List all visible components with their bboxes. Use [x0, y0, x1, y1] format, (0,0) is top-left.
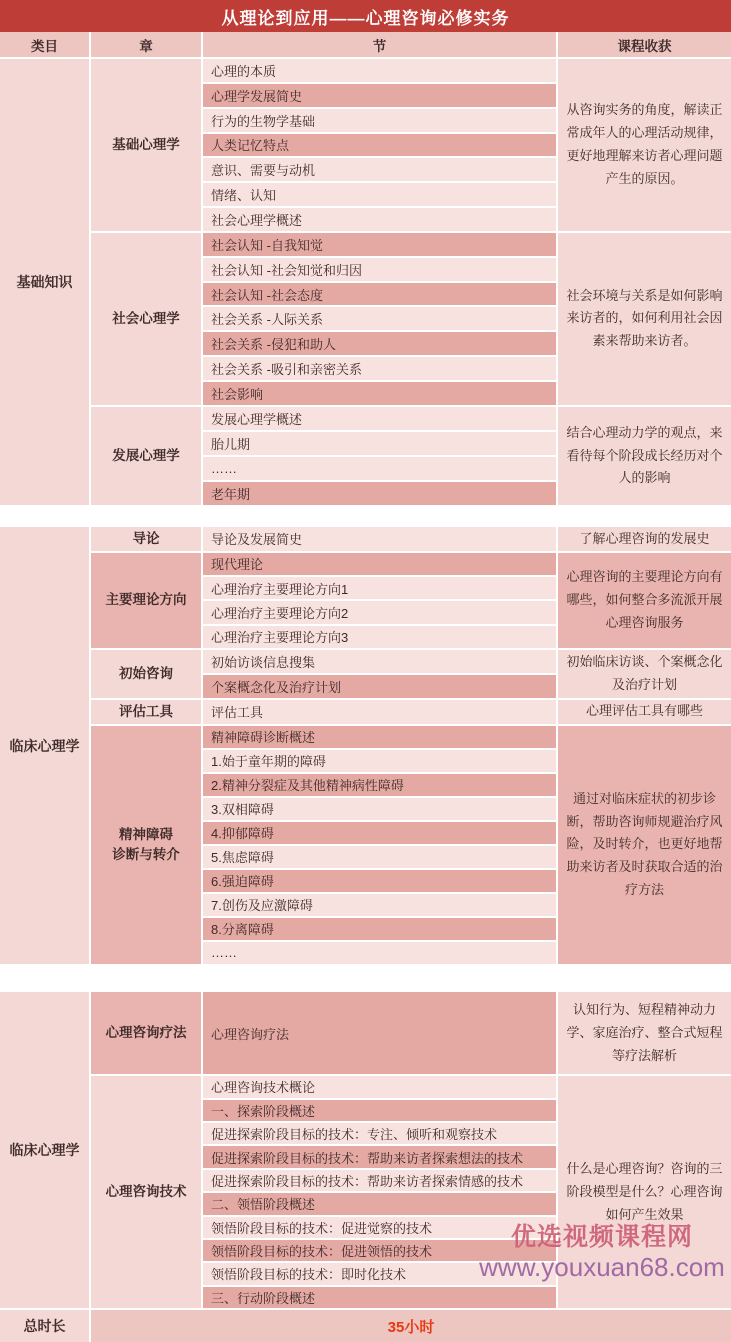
column-header-category: 类目 — [0, 32, 89, 57]
section-row: 社会认知 -自我知觉 — [203, 233, 556, 256]
chapter-cell: 主要理论方向 — [91, 553, 201, 648]
block-gap — [0, 505, 731, 527]
section-list: 精神障碍诊断概述1.始于童年期的障碍2.精神分裂症及其他精神病性障碍3.双相障碍… — [203, 726, 556, 964]
total-duration-row: 总时长 35小时 — [0, 1310, 731, 1342]
section-row: 7.创伤及应激障碍 — [203, 894, 556, 916]
section-list: 心理咨询疗法 — [203, 992, 556, 1074]
section-row: 5.焦虑障碍 — [203, 846, 556, 868]
gain-cell: 初始临床访谈、个案概念化及治疗计划 — [558, 650, 731, 698]
total-duration-label: 总时长 — [0, 1310, 89, 1342]
chapter-cell: 精神障碍 诊断与转介 — [91, 726, 201, 964]
table-header-row: 类目 章 节 课程收获 — [0, 32, 731, 57]
section-row: 导论及发展简史 — [203, 527, 556, 551]
category-cell: 基础知识 — [0, 59, 89, 505]
section-row: 4.抑郁障碍 — [203, 822, 556, 844]
gain-cell: 了解心理咨询的发展史 — [558, 527, 731, 551]
chapter-cell: 心理咨询技术 — [91, 1076, 201, 1308]
page-title: 从理论到应用——心理咨询必修实务 — [0, 0, 731, 32]
curriculum-block: 临床心理学心理咨询疗法心理咨询疗法认知行为、短程精神动力学、家庭治疗、整合式短程… — [0, 992, 731, 1308]
column-header-section: 节 — [203, 32, 556, 57]
section-list: 导论及发展简史 — [203, 527, 556, 551]
section-row: 行为的生物学基础 — [203, 109, 556, 132]
section-list: 评估工具 — [203, 700, 556, 724]
chapter-row: 心理咨询技术心理咨询技术概论一、探索阶段概述促进探索阶段目标的技术：专注、倾听和… — [91, 1076, 731, 1308]
section-list: 心理的本质心理学发展简史行为的生物学基础人类记忆特点意识、需要与动机情绪、认知社… — [203, 59, 556, 231]
chapter-list: 导论导论及发展简史了解心理咨询的发展史主要理论方向现代理论心理治疗主要理论方向1… — [91, 527, 731, 964]
curriculum-block: 临床心理学导论导论及发展简史了解心理咨询的发展史主要理论方向现代理论心理治疗主要… — [0, 527, 731, 964]
section-list: 心理咨询技术概论一、探索阶段概述促进探索阶段目标的技术：专注、倾听和观察技术促进… — [203, 1076, 556, 1308]
chapter-cell: 社会心理学 — [91, 233, 201, 405]
chapter-row: 导论导论及发展简史了解心理咨询的发展史 — [91, 527, 731, 551]
section-row: 社会认知 -社会知觉和归因 — [203, 258, 556, 281]
section-row: 社会关系 -人际关系 — [203, 307, 556, 330]
section-row: 3.双相障碍 — [203, 798, 556, 820]
section-row: 社会关系 -侵犯和助人 — [203, 332, 556, 355]
section-row: 社会关系 -吸引和亲密关系 — [203, 357, 556, 380]
chapter-row: 主要理论方向现代理论心理治疗主要理论方向1心理治疗主要理论方向2心理治疗主要理论… — [91, 553, 731, 648]
section-row: 社会心理学概述 — [203, 208, 556, 231]
chapter-list: 心理咨询疗法心理咨询疗法认知行为、短程精神动力学、家庭治疗、整合式短程等疗法解析… — [91, 992, 731, 1308]
section-row: 心理治疗主要理论方向3 — [203, 626, 556, 648]
section-row: 心理咨询疗法 — [203, 992, 556, 1074]
chapter-row: 精神障碍 诊断与转介精神障碍诊断概述1.始于童年期的障碍2.精神分裂症及其他精神… — [91, 726, 731, 964]
section-row: 心理治疗主要理论方向1 — [203, 577, 556, 599]
chapter-row: 初始咨询初始访谈信息搜集个案概念化及治疗计划初始临床访谈、个案概念化及治疗计划 — [91, 650, 731, 698]
chapter-row: 心理咨询疗法心理咨询疗法认知行为、短程精神动力学、家庭治疗、整合式短程等疗法解析 — [91, 992, 731, 1074]
section-row: …… — [203, 457, 556, 480]
section-row: 心理咨询技术概论 — [203, 1076, 556, 1097]
column-header-chapter: 章 — [91, 32, 201, 57]
section-row: 评估工具 — [203, 700, 556, 724]
gain-cell: 心理评估工具有哪些 — [558, 700, 731, 724]
gain-cell: 从咨询实务的角度，解读正常成年人的心理活动规律，更好地理解来访者心理问题产生的原… — [558, 59, 731, 231]
section-list: 初始访谈信息搜集个案概念化及治疗计划 — [203, 650, 556, 698]
chapter-cell: 发展心理学 — [91, 407, 201, 505]
section-row: 社会认知 -社会态度 — [203, 283, 556, 306]
total-duration-value: 35小时 — [91, 1310, 731, 1342]
section-row: 心理的本质 — [203, 59, 556, 82]
chapter-cell: 评估工具 — [91, 700, 201, 724]
section-row: 胎儿期 — [203, 432, 556, 455]
gain-cell: 心理咨询的主要理论方向有哪些，如何整合多流派开展心理咨询服务 — [558, 553, 731, 648]
curriculum-block: 基础知识基础心理学心理的本质心理学发展简史行为的生物学基础人类记忆特点意识、需要… — [0, 59, 731, 505]
gain-cell: 通过对临床症状的初步诊断，帮助咨询师规避治疗风险，及时转介，也更好地帮助来访者及… — [558, 726, 731, 964]
section-row: 促进探索阶段目标的技术：帮助来访者探索想法的技术 — [203, 1146, 556, 1167]
section-row: 三、行动阶段概述 — [203, 1287, 556, 1308]
section-row: 8.分离障碍 — [203, 918, 556, 940]
column-header-gains: 课程收获 — [558, 32, 731, 57]
section-row: 促进探索阶段目标的技术：帮助来访者探索情感的技术 — [203, 1170, 556, 1191]
table-blocks: 基础知识基础心理学心理的本质心理学发展简史行为的生物学基础人类记忆特点意识、需要… — [0, 59, 731, 1308]
section-row: 领悟阶段目标的技术：促进觉察的技术 — [203, 1217, 556, 1238]
section-row: 发展心理学概述 — [203, 407, 556, 430]
section-list: 社会认知 -自我知觉社会认知 -社会知觉和归因社会认知 -社会态度社会关系 -人… — [203, 233, 556, 405]
section-row: 一、探索阶段概述 — [203, 1100, 556, 1121]
chapter-row: 发展心理学发展心理学概述胎儿期……老年期结合心理动力学的观点，来看待每个阶段成长… — [91, 407, 731, 505]
chapter-cell: 心理咨询疗法 — [91, 992, 201, 1074]
section-row: 领悟阶段目标的技术：即时化技术 — [203, 1263, 556, 1284]
gain-cell: 结合心理动力学的观点，来看待每个阶段成长经历对个人的影响 — [558, 407, 731, 505]
section-row: 现代理论 — [203, 553, 556, 575]
section-row: 促进探索阶段目标的技术：专注、倾听和观察技术 — [203, 1123, 556, 1144]
section-row: 精神障碍诊断概述 — [203, 726, 556, 748]
section-row: 1.始于童年期的障碍 — [203, 750, 556, 772]
chapter-cell: 导论 — [91, 527, 201, 551]
section-row: 二、领悟阶段概述 — [203, 1193, 556, 1214]
section-list: 现代理论心理治疗主要理论方向1心理治疗主要理论方向2心理治疗主要理论方向3 — [203, 553, 556, 648]
chapter-row: 基础心理学心理的本质心理学发展简史行为的生物学基础人类记忆特点意识、需要与动机情… — [91, 59, 731, 231]
chapter-row: 评估工具评估工具心理评估工具有哪些 — [91, 700, 731, 724]
section-row: 心理治疗主要理论方向2 — [203, 601, 556, 623]
section-row: 老年期 — [203, 482, 556, 505]
curriculum-table-page: 从理论到应用——心理咨询必修实务 类目 章 节 课程收获 基础知识基础心理学心理… — [0, 0, 731, 1342]
block-gap — [0, 964, 731, 992]
chapter-list: 基础心理学心理的本质心理学发展简史行为的生物学基础人类记忆特点意识、需要与动机情… — [91, 59, 731, 505]
section-row: 社会影响 — [203, 382, 556, 405]
gain-cell: 什么是心理咨询？咨询的三阶段模型是什么？心理咨询如何产生效果 — [558, 1076, 731, 1308]
chapter-row: 社会心理学社会认知 -自我知觉社会认知 -社会知觉和归因社会认知 -社会态度社会… — [91, 233, 731, 405]
section-row: 领悟阶段目标的技术：促进领悟的技术 — [203, 1240, 556, 1261]
section-list: 发展心理学概述胎儿期……老年期 — [203, 407, 556, 505]
section-row: 意识、需要与动机 — [203, 158, 556, 181]
section-row: 人类记忆特点 — [203, 134, 556, 157]
category-cell: 临床心理学 — [0, 527, 89, 964]
category-cell: 临床心理学 — [0, 992, 89, 1308]
gain-cell: 认知行为、短程精神动力学、家庭治疗、整合式短程等疗法解析 — [558, 992, 731, 1074]
section-row: 个案概念化及治疗计划 — [203, 675, 556, 698]
section-row: 心理学发展简史 — [203, 84, 556, 107]
section-row: 2.精神分裂症及其他精神病性障碍 — [203, 774, 556, 796]
section-row: 情绪、认知 — [203, 183, 556, 206]
gain-cell: 社会环境与关系是如何影响来访者的，如何利用社会因素来帮助来访者。 — [558, 233, 731, 405]
section-row: 初始访谈信息搜集 — [203, 650, 556, 673]
section-row: …… — [203, 942, 556, 964]
section-row: 6.强迫障碍 — [203, 870, 556, 892]
chapter-cell: 初始咨询 — [91, 650, 201, 698]
chapter-cell: 基础心理学 — [91, 59, 201, 231]
